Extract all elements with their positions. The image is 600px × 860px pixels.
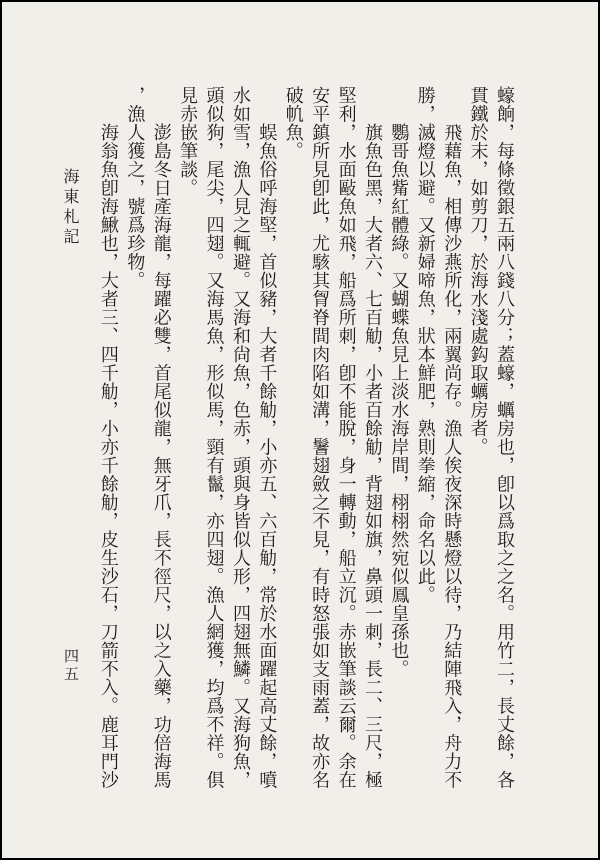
running-title: 海東札記	[58, 168, 81, 248]
text-column: 水如雪，漁人見之輒避。又海和尙魚，色赤，頭與身皆似人形，四翅無鱗。又海狗魚，	[228, 86, 254, 792]
text-column: 貫鐵於末，如剪刀，於海水淺處鈎取蠣房者。	[465, 86, 491, 792]
text-column: 破㠶魚。	[280, 86, 306, 792]
text-column: 勝，滅燈以避。又新婦啼魚，狀本鮮肥，熟則拳縮，命名以此。	[412, 86, 438, 792]
text-column: 堅利，水面敺魚如飛，船爲所刺，卽不能脫，身一轉動，船立沉。赤嵌筆談云爾。余在	[333, 86, 359, 792]
text-column: 見赤嵌筆談。	[175, 86, 201, 792]
text-column: 頭似狗，尾尖，四翅。又海馬魚，形似馬，頸有鬣，亦四翅。漁人網獲，均爲不祥。俱	[201, 86, 227, 792]
text-column: 蜈魚俗呼海堅，首似豬，大者千餘觔，小亦五、六百觔，常於水面躍起高丈餘，噴	[254, 86, 280, 792]
text-column: 旗魚色黑，大者六、七百觔，小者百餘觔，背翅如旗，鼻頭一刺，長二、三尺，極	[360, 86, 386, 792]
text-column: 海翁魚卽海鰍也，大者三、四千觔，小亦千餘觔，皮生沙石，刀箭不入。鹿耳門沙	[96, 86, 122, 792]
text-column: 蠔餉，每條徵銀五兩八錢八分；蓋蠔，蠣房也，卽以爲取之之名。用竹二，長丈餘，各	[492, 86, 518, 792]
text-column: 澎島冬日產海龍，每躍必雙，首尾似龍，無牙爪，長不徑尺，以之入藥，功倍海馬	[148, 86, 174, 792]
text-column: ，漁人獲之，號爲珍物。	[122, 86, 148, 792]
text-column: 鸚哥魚觜紅體綠。又蝴蝶魚見上淡水海岸間，栩栩然宛似鳳皇孫也。	[386, 86, 412, 792]
text-column: 安平鎮所見卽此，尤駭其胷脊間肉陷如溝，鬐翅斂之不見，有時怒張如支雨蓋，故亦名	[307, 86, 333, 792]
page-number: 四五	[60, 648, 81, 684]
main-text: 蠔餉，每條徵銀五兩八錢八分；蓋蠔，蠣房也，卽以爲取之之名。用竹二，長丈餘，各 貫…	[96, 86, 519, 792]
book-page: 海東札記 四五 蠔餉，每條徵銀五兩八錢八分；蓋蠔，蠣房也，卽以爲取之之名。用竹二…	[0, 0, 600, 860]
text-column: 飛藉魚，相傳沙燕所化，兩翼尚存。漁人俟夜深時懸燈以待，乃結陣飛入，舟力不	[439, 86, 465, 792]
